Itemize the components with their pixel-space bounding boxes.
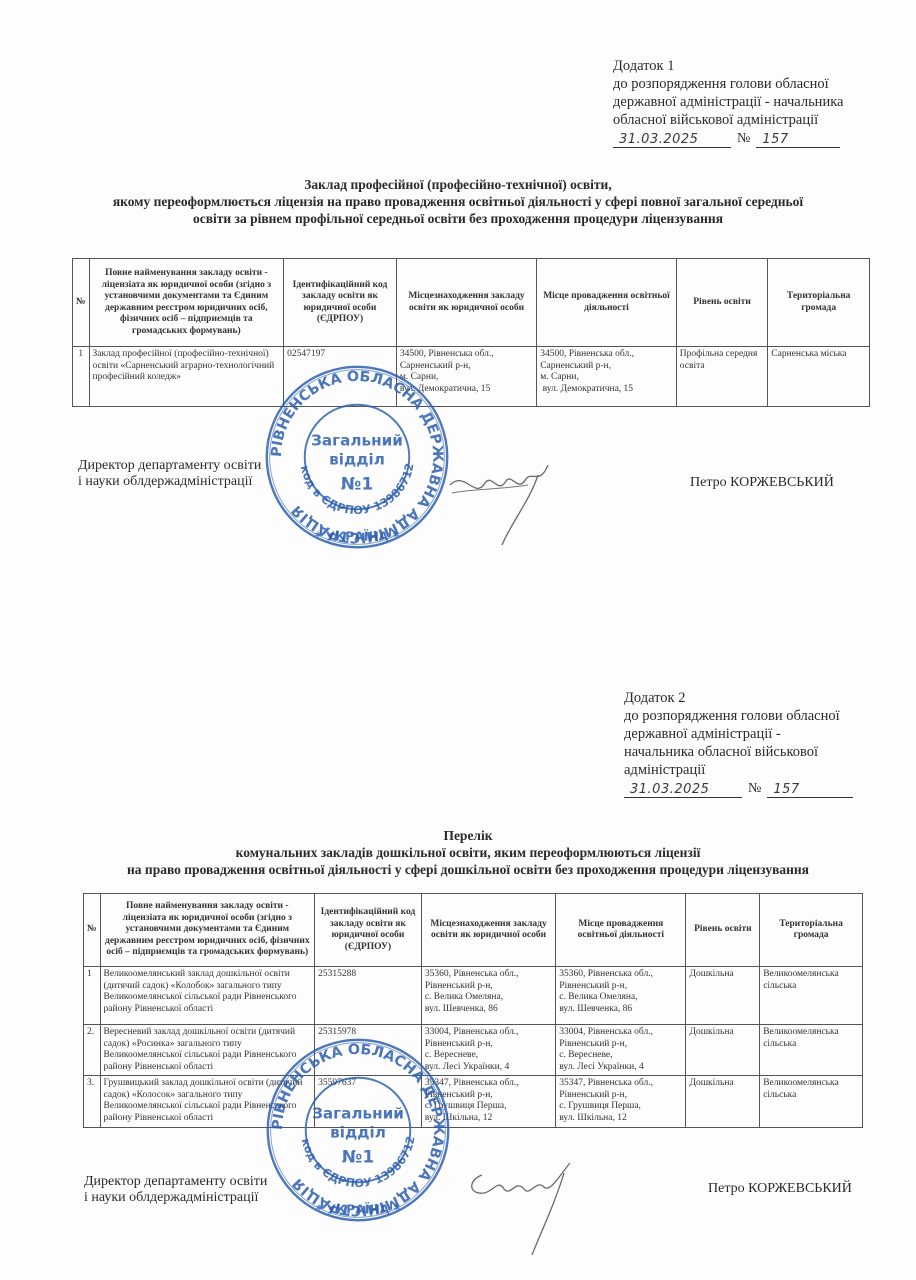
- appendix-2-line: до розпорядження голови обласної: [624, 707, 853, 725]
- address-line: вул. Шевченка, 86: [425, 1004, 552, 1016]
- address-line: 35347, Рівненська обл.,: [559, 1078, 682, 1090]
- header-activity-place: Місце провадження освітньої діяльності: [537, 259, 677, 347]
- signer-position-line: Директор департаменту освіти: [84, 1174, 267, 1190]
- svg-text:Загальний: Загальний: [311, 432, 403, 450]
- appendix-1-label: Додаток 1: [613, 57, 843, 75]
- svg-text:* УКРАЇНА *: * УКРАЇНА *: [315, 529, 400, 544]
- address-line: 35360, Рівненська обл.,: [425, 969, 552, 981]
- cell-full-name: Великоомелянський заклад дошкільної осві…: [100, 967, 315, 1025]
- address-line: вул. Демократична, 15: [400, 384, 533, 396]
- cell-community: Сарненська міська: [768, 347, 870, 407]
- cell-education-level: Дошкільна: [686, 967, 760, 1025]
- signer-position-line: Директор департаменту освіти: [78, 458, 261, 474]
- signer-name-1: Петро КОРЖЕВСЬКИЙ: [690, 475, 834, 491]
- table-row: 1 Заклад професійної (професійно-технічн…: [73, 347, 870, 407]
- table-row: 1 Великоомелянський заклад дошкільної ос…: [84, 967, 863, 1025]
- address-line: с. Грушвиця Перша,: [425, 1101, 552, 1113]
- address-line: м. Сарни,: [400, 372, 533, 384]
- cell-location: 33004, Рівненська обл., Рівненський р-н,…: [421, 1025, 555, 1076]
- header-edrpou: Ідентифікаційний код закладу освіти як ю…: [284, 259, 397, 347]
- order-date: 31.03.2025: [624, 781, 742, 798]
- address-line: 34500, Рівненська обл.,: [400, 349, 533, 361]
- table-row: 2. Вересневий заклад дошкільної освіти (…: [84, 1025, 863, 1076]
- address-line: Рівненський р-н,: [559, 1090, 682, 1102]
- address-line: с. Вересневе,: [425, 1050, 552, 1062]
- svg-text:№1: №1: [341, 474, 373, 494]
- number-sign: №: [737, 130, 750, 148]
- appendix-2-line: начальника обласної військової: [624, 743, 853, 761]
- signature-2-position: Директор департаменту освіти і науки обл…: [84, 1174, 267, 1206]
- appendix-2-line: державної адміністрації -: [624, 725, 853, 743]
- number-sign: №: [748, 780, 761, 798]
- section-2-title-line: комунальних закладів дошкільної освіти, …: [40, 844, 896, 861]
- order-date: 31.03.2025: [613, 131, 731, 148]
- header-education-level: Рівень освіти: [686, 894, 760, 967]
- address-line: с. Грушвиця Перша,: [559, 1101, 682, 1113]
- section-1-title-line: освіти за рівнем профільної середньої ос…: [40, 210, 876, 227]
- cell-activity-place: 35347, Рівненська обл., Рівненський р-н,…: [556, 1076, 686, 1128]
- address-line: вул. Шкільна, 12: [559, 1113, 682, 1125]
- table-header-row: № Повне найменування закладу освіти - лі…: [84, 894, 863, 967]
- cell-activity-place: 34500, Рівненська обл., Сарненський р-н,…: [537, 347, 677, 407]
- handwritten-signature-icon: [440, 445, 560, 555]
- cell-number: 3.: [84, 1076, 101, 1128]
- svg-text:№1: №1: [342, 1147, 374, 1167]
- cell-education-level: Дошкільна: [686, 1025, 760, 1076]
- order-number: 157: [756, 131, 840, 148]
- svg-text:відділ: відділ: [329, 451, 385, 469]
- address-line: Сарненський р-н,: [400, 361, 533, 373]
- section-1-title: Заклад професійної (професійно-технічної…: [40, 176, 876, 227]
- appendix-2-label: Додаток 2: [624, 689, 853, 707]
- address-line: вул. Лесі Українки, 4: [425, 1062, 552, 1074]
- address-line: 33004, Рівненська обл.,: [559, 1027, 682, 1039]
- cell-community: Великоомелянська сільська: [760, 1025, 863, 1076]
- signer-position-line: і науки облдержадміністрації: [78, 474, 261, 490]
- cell-number: 1: [73, 347, 90, 407]
- address-line: Рівненський р-н,: [425, 1090, 552, 1102]
- address-line: вул. Лесі Українки, 4: [559, 1062, 682, 1074]
- header-location: Місцезнаходження закладу освіти як юриди…: [396, 259, 536, 347]
- address-line: Рівненський р-н,: [425, 981, 552, 993]
- header-education-level: Рівень освіти: [676, 259, 768, 347]
- address-line: Рівненський р-н,: [559, 981, 682, 993]
- header-full-name: Повне найменування закладу освіти - ліце…: [100, 894, 315, 967]
- document-page: Додаток 1 до розпорядження голови обласн…: [0, 0, 916, 1280]
- table-row: 3. Грушвицький заклад дошкільної освіти …: [84, 1076, 863, 1128]
- address-line: с. Велика Омеляна,: [559, 992, 682, 1004]
- header-full-name: Повне найменування закладу освіти - ліце…: [89, 259, 284, 347]
- header-activity-place: Місце провадження освітньої діяльності: [556, 894, 686, 967]
- address-line: Сарненський р-н,: [540, 361, 673, 373]
- cell-edrpou: 25315288: [315, 967, 422, 1025]
- header-location: Місцезнаходження закладу освіти як юриди…: [421, 894, 555, 967]
- svg-text:код в ЄДРПОУ 13986712: код в ЄДРПОУ 13986712: [298, 462, 417, 517]
- address-line: 35360, Рівненська обл.,: [559, 969, 682, 981]
- order-reference: 31.03.2025 № 157: [624, 780, 853, 798]
- cell-location: 34500, Рівненська обл., Сарненський р-н,…: [396, 347, 536, 407]
- appendix-1-line: до розпорядження голови обласної: [613, 75, 843, 93]
- cell-edrpou: 35597637: [315, 1076, 422, 1128]
- svg-text:* УКРАЇНА *: * УКРАЇНА *: [316, 1202, 401, 1217]
- appendix-2-block: Додаток 2 до розпорядження голови обласн…: [624, 689, 853, 798]
- signature-1-position: Директор департаменту освіти і науки обл…: [78, 458, 261, 490]
- cell-community: Великоомелянська сільська: [760, 1076, 863, 1128]
- header-edrpou: Ідентифікаційний код закладу освіти як ю…: [315, 894, 422, 967]
- section-2-title-line: на право провадження освітньої діяльност…: [40, 861, 896, 878]
- cell-edrpou: 25315978: [315, 1025, 422, 1076]
- appendix-1-line: державної адміністрації - начальника: [613, 93, 843, 111]
- section-2-title: Перелік комунальних закладів дошкільної …: [40, 827, 896, 878]
- signer-name-2: Петро КОРЖЕВСЬКИЙ: [708, 1181, 852, 1197]
- cell-full-name: Заклад професійної (професійно-технічної…: [89, 347, 284, 407]
- cell-activity-place: 35360, Рівненська обл., Рівненський р-н,…: [556, 967, 686, 1025]
- appendix-2-line: адміністрації: [624, 761, 853, 779]
- address-line: м. Сарни,: [540, 372, 673, 384]
- cell-education-level: Дошкільна: [686, 1076, 760, 1128]
- section-1-table: № Повне найменування закладу освіти - лі…: [72, 258, 870, 407]
- appendix-1-block: Додаток 1 до розпорядження голови обласн…: [613, 57, 843, 148]
- header-community: Територіальна громада: [760, 894, 863, 967]
- header-community: Територіальна громада: [768, 259, 870, 347]
- appendix-1-line: обласної військової адміністрації: [613, 111, 843, 129]
- cell-full-name: Вересневий заклад дошкільної освіти (дит…: [100, 1025, 315, 1076]
- handwritten-signature-icon: [460, 1155, 580, 1265]
- address-line: с. Велика Омеляна,: [425, 992, 552, 1004]
- header-number: №: [73, 259, 90, 347]
- cell-location: 35360, Рівненська обл., Рівненський р-н,…: [421, 967, 555, 1025]
- cell-edrpou: 02547197: [284, 347, 397, 407]
- cell-location: 35347, Рівненська обл., Рівненський р-н,…: [421, 1076, 555, 1128]
- cell-education-level: Профільна середня освіта: [676, 347, 768, 407]
- address-line: 33004, Рівненська обл.,: [425, 1027, 552, 1039]
- address-line: вул. Демократична, 15: [540, 384, 673, 396]
- cell-number: 1: [84, 967, 101, 1025]
- cell-number: 2.: [84, 1025, 101, 1076]
- cell-full-name: Грушвицький заклад дошкільної освіти (ди…: [100, 1076, 315, 1128]
- order-reference: 31.03.2025 № 157: [613, 130, 843, 148]
- section-2-title-line: Перелік: [40, 827, 896, 844]
- address-line: Рівненський р-н,: [559, 1039, 682, 1051]
- address-line: вул. Шевченка, 86: [559, 1004, 682, 1016]
- cell-community: Великоомелянська сільська: [760, 967, 863, 1025]
- address-line: с. Вересневе,: [559, 1050, 682, 1062]
- header-number: №: [84, 894, 101, 967]
- svg-text:код в ЄДРПОУ 13986712: код в ЄДРПОУ 13986712: [299, 1135, 418, 1190]
- signer-position-line: і науки облдержадміністрації: [84, 1190, 267, 1206]
- table-header-row: № Повне найменування закладу освіти - лі…: [73, 259, 870, 347]
- address-line: 34500, Рівненська обл.,: [540, 349, 673, 361]
- section-1-title-line: Заклад професійної (професійно-технічної…: [40, 176, 876, 193]
- order-number: 157: [767, 781, 853, 798]
- section-2-table: № Повне найменування закладу освіти - лі…: [83, 893, 863, 1128]
- section-1-title-line: якому переоформлюється ліцензія на право…: [40, 193, 876, 210]
- address-line: Рівненський р-н,: [425, 1039, 552, 1051]
- address-line: 35347, Рівненська обл.,: [425, 1078, 552, 1090]
- address-line: вул. Шкільна, 12: [425, 1113, 552, 1125]
- cell-activity-place: 33004, Рівненська обл., Рівненський р-н,…: [556, 1025, 686, 1076]
